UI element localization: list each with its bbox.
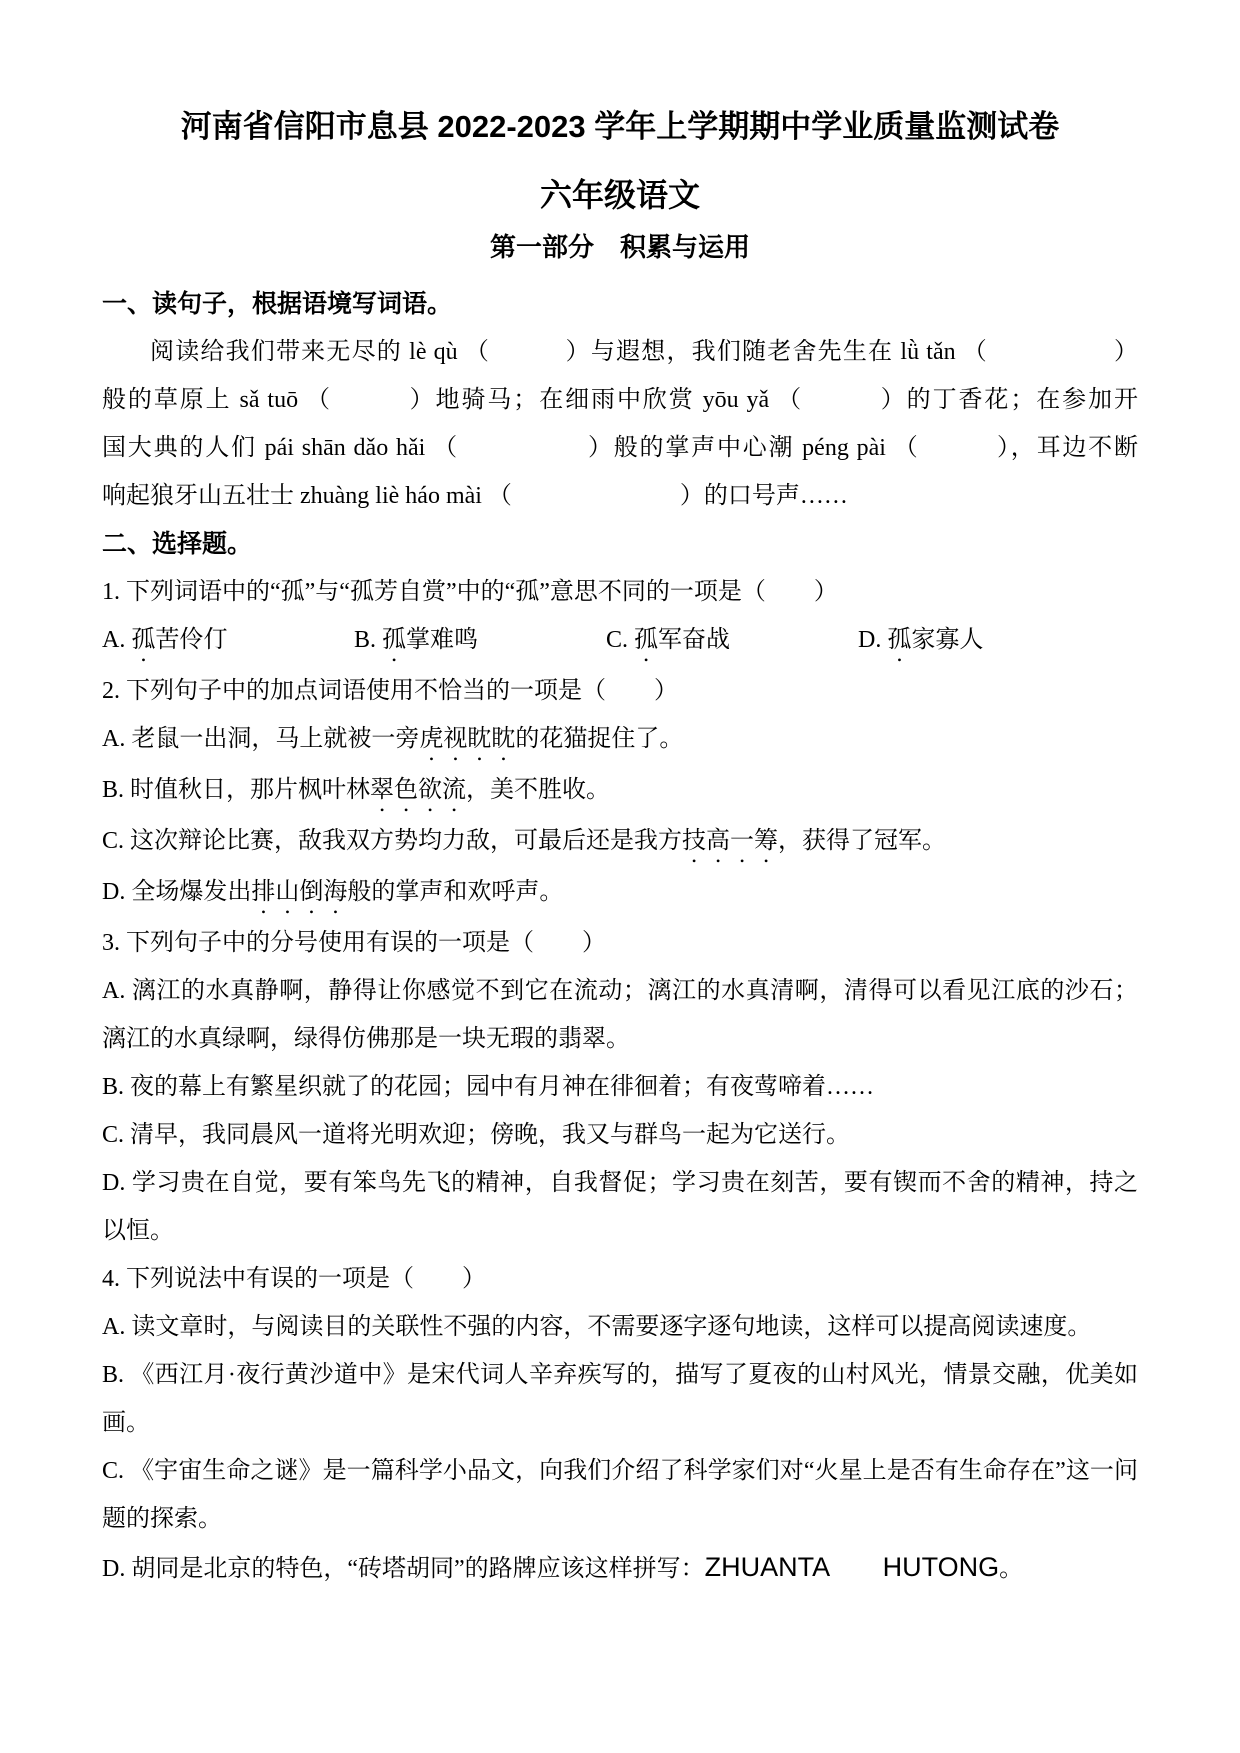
- question-2-text: 2. 下列句子中的加点词语使用不恰当的一项是（ ）: [102, 667, 1138, 715]
- question-1-text: 1. 下列词语中的“孤”与“孤芳自赏”中的“孤”意思不同的一项是（ ）: [102, 568, 1138, 616]
- question-1-option-b: B. 孤掌难鸣: [354, 616, 606, 667]
- option-text: 军奋战: [658, 627, 730, 653]
- option-label: B.: [354, 627, 382, 653]
- section-2-heading: 二、选择题。: [102, 520, 1138, 568]
- question-2-option-c: C. 这次辩论比赛，敌我双方势均力敌，可最后还是我方技高一筹，获得了冠军。: [102, 817, 1138, 868]
- question-4-option-c: C. 《宇宙生命之谜》是一篇科学小品文，向我们介绍了科学家们对“火星上是否有生命…: [102, 1447, 1138, 1543]
- paragraph-line-2: 般的草原上 sǎ tuō （ ）地骑马；在细雨中欣赏 yōu yǎ （ ）的丁香…: [102, 376, 1138, 424]
- option-text: A. 老鼠一出洞，马上就被一旁: [102, 726, 419, 752]
- emphasized-char: 孤: [131, 627, 155, 653]
- emphasized-word: 排山倒海: [251, 879, 347, 905]
- question-4-option-b: B. 《西江月·夜行黄沙道中》是宋代词人辛弃疾写的，描写了夏夜的山村风光，情景交…: [102, 1351, 1138, 1447]
- option-text: D. 全场爆发出: [102, 879, 251, 905]
- question-2-option-d: D. 全场爆发出排山倒海般的掌声和欢呼声。: [102, 868, 1138, 919]
- emphasized-char: 孤: [382, 627, 406, 653]
- option-text: 般的掌声和欢呼声。: [347, 879, 563, 905]
- section-1-heading: 一、读句子，根据语境写词语。: [102, 280, 1138, 328]
- question-1-option-c: C. 孤军奋战: [606, 616, 858, 667]
- question-3-option-a: A. 漓江的水真静啊，静得让你感觉不到它在流动；漓江的水真清啊，清得可以看见江底…: [102, 967, 1138, 1063]
- option-text: 掌难鸣: [406, 627, 478, 653]
- question-1-option-a: A. 孤苦伶仃: [102, 616, 354, 667]
- paragraph-line-3: 国大典的人们 pái shān dǎo hǎi （ ）般的掌声中心潮 péng …: [102, 424, 1138, 472]
- option-text: 。: [999, 1556, 1023, 1582]
- pinyin-answer-text: ZHUANTA HUTONG: [705, 1552, 1000, 1582]
- question-4-option-a: A. 读文章时，与阅读目的关联性不强的内容，不需要逐字逐句地读，这样可以提高阅读…: [102, 1303, 1138, 1351]
- question-4-text: 4. 下列说法中有误的一项是（ ）: [102, 1255, 1138, 1303]
- page-title: 河南省信阳市息县 2022-2023 学年上学期期中学业质量监测试卷: [102, 105, 1138, 149]
- question-2-option-a: A. 老鼠一出洞，马上就被一旁虎视眈眈的花猫捉住了。: [102, 715, 1138, 766]
- pinyin-paragraph: 阅读给我们带来无尽的 lè qù （ ）与遐想，我们随老舍先生在 lǜ tǎn …: [102, 328, 1138, 520]
- paragraph-line-4: 响起狼牙山五壮士 zhuàng liè háo mài （ ）的口号声……: [102, 472, 1138, 520]
- question-2-option-b: B. 时值秋日，那片枫叶林翠色欲流，美不胜收。: [102, 766, 1138, 817]
- part-heading: 第一部分 积累与运用: [102, 230, 1138, 264]
- question-3-text: 3. 下列句子中的分号使用有误的一项是（ ）: [102, 919, 1138, 967]
- option-text: 的花猫捉住了。: [515, 726, 683, 752]
- option-text: C. 这次辩论比赛，敌我双方势均力敌，可最后还是我方: [102, 828, 682, 854]
- emphasized-word: 虎视眈眈: [419, 726, 515, 752]
- option-text: ，获得了冠军。: [778, 828, 946, 854]
- option-label: C.: [606, 627, 634, 653]
- exam-paper-page: 河南省信阳市息县 2022-2023 学年上学期期中学业质量监测试卷 六年级语文…: [0, 0, 1240, 1753]
- paragraph-line-1: 阅读给我们带来无尽的 lè qù （ ）与遐想，我们随老舍先生在 lǜ tǎn …: [102, 328, 1138, 376]
- option-text: D. 胡同是北京的特色，“砖塔胡同”的路牌应该这样拼写：: [102, 1556, 705, 1582]
- question-1-option-d: D. 孤家寡人: [858, 616, 983, 667]
- option-text: B. 时值秋日，那片枫叶林: [102, 777, 370, 803]
- option-text: 家寡人: [911, 627, 983, 653]
- question-3-option-d: D. 学习贵在自觉，要有笨鸟先飞的精神，自我督促；学习贵在刻苦，要有锲而不舍的精…: [102, 1159, 1138, 1255]
- emphasized-word: 翠色欲流: [370, 777, 466, 803]
- question-1-options: A. 孤苦伶仃 B. 孤掌难鸣 C. 孤军奋战 D. 孤家寡人: [102, 616, 1138, 667]
- option-label: A.: [102, 627, 131, 653]
- option-text: ，美不胜收。: [466, 777, 610, 803]
- question-4-option-d: D. 胡同是北京的特色，“砖塔胡同”的路牌应该这样拼写：ZHUANTA HUTO…: [102, 1543, 1138, 1593]
- option-label: D.: [858, 627, 887, 653]
- question-3-option-c: C. 清早，我同晨风一道将光明欢迎；傍晚，我又与群鸟一起为它送行。: [102, 1111, 1138, 1159]
- question-3-option-b: B. 夜的幕上有繁星织就了的花园；园中有月神在徘徊着；有夜莺啼着……: [102, 1063, 1138, 1111]
- emphasized-word: 技高一筹: [682, 828, 778, 854]
- option-text: 苦伶仃: [155, 627, 227, 653]
- emphasized-char: 孤: [887, 627, 911, 653]
- emphasized-char: 孤: [634, 627, 658, 653]
- page-subtitle: 六年级语文: [102, 173, 1138, 217]
